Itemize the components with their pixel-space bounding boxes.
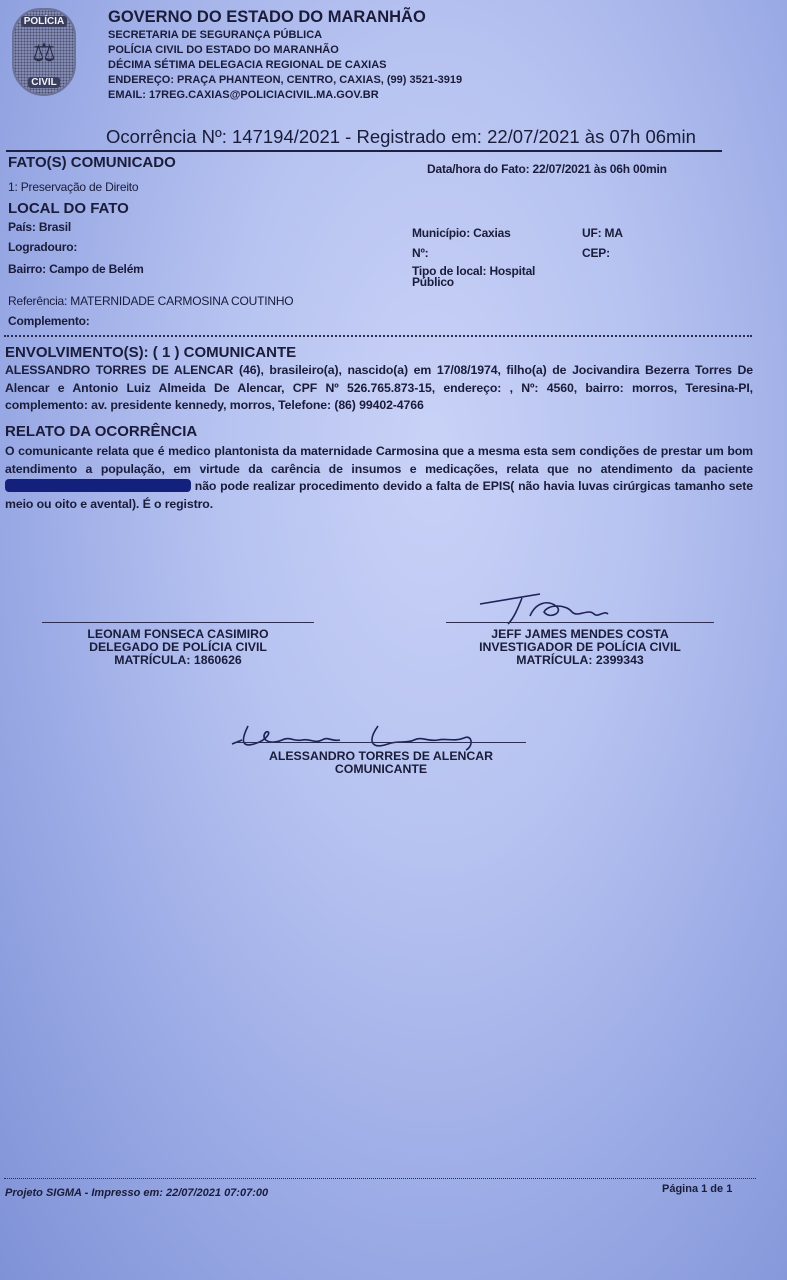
header-divider <box>6 150 722 152</box>
location-complement: Complemento: <box>8 314 90 328</box>
delegacy-line: DÉCIMA SÉTIMA DELEGACIA REGIONAL DE CAXI… <box>108 58 462 73</box>
secretariat-line: SECRETARIA DE SEGURANÇA PÚBLICA <box>108 28 462 43</box>
government-title: GOVERNO DO ESTADO DO MARANHÃO <box>108 6 462 28</box>
place-type-line-2: Público <box>412 277 535 288</box>
address-line: ENDEREÇO: PRAÇA PHANTEON, CENTRO, CAXIAS… <box>108 73 462 88</box>
involvement-text: ALESSANDRO TORRES DE ALENCAR (46), brasi… <box>5 362 753 415</box>
redacted-patient-info <box>5 479 191 492</box>
report-title: RELATO DA OCORRÊNCIA <box>5 423 197 440</box>
signature-line-left <box>42 622 314 623</box>
location-state: UF: MA <box>582 226 623 240</box>
location-city: Município: Caxias <box>412 226 511 240</box>
handwritten-signature-right <box>470 590 620 630</box>
signature-block-left: LEONAM FONSECA CASIMIRO DELEGADO DE POLÍ… <box>42 628 314 667</box>
badge-bottom-text: CIVIL <box>28 77 60 88</box>
page-number: Página 1 de 1 <box>662 1183 732 1195</box>
occurrence-number: Ocorrência Nº: 147194/2021 - Registrado … <box>106 126 696 148</box>
location-street: Logradouro: <box>8 240 77 254</box>
location-title: LOCAL DO FATO <box>8 200 129 217</box>
signer-center-role: COMUNICANTE <box>236 763 526 776</box>
location-number: Nº: <box>412 246 428 260</box>
signature-block-center: ALESSANDRO TORRES DE ALENCAR COMUNICANTE <box>236 750 526 776</box>
police-line: POLÍCIA CIVIL DO ESTADO DO MARANHÃO <box>108 43 462 58</box>
signature-line-right <box>446 622 714 623</box>
location-zip: CEP: <box>582 246 610 260</box>
location-country: País: Brasil <box>8 220 71 234</box>
location-district: Bairro: Campo de Belém <box>8 262 144 276</box>
facts-title: FATO(S) COMUNICADO <box>8 154 176 171</box>
footer-divider <box>4 1178 756 1180</box>
scales-of-justice-icon: ⚖ <box>32 39 55 65</box>
police-report-document: POLÍCIA ⚖ CIVIL GOVERNO DO ESTADO DO MAR… <box>0 0 787 1280</box>
fact-datetime: Data/hora do Fato: 22/07/2021 às 06h 00m… <box>427 162 667 176</box>
involvement-title: ENVOLVIMENTO(S): ( 1 ) COMUNICANTE <box>5 344 296 361</box>
document-header: GOVERNO DO ESTADO DO MARANHÃO SECRETARIA… <box>108 6 462 102</box>
police-badge-logo: POLÍCIA ⚖ CIVIL <box>12 8 76 96</box>
report-text-start: O comunicante relata que é medico planto… <box>5 444 753 476</box>
signer-left-id: MATRÍCULA: 1860626 <box>42 654 314 667</box>
fact-item: 1: Preservação de Direito <box>8 180 138 194</box>
print-info: Projeto SIGMA - Impresso em: 22/07/2021 … <box>5 1187 268 1199</box>
report-text: O comunicante relata que é medico planto… <box>5 443 753 513</box>
signature-line-center <box>236 742 526 743</box>
signer-right-id: MATRÍCULA: 2399343 <box>446 654 714 667</box>
location-place-type: Tipo de local: Hospital Público <box>412 266 535 288</box>
badge-top-text: POLÍCIA <box>21 16 68 27</box>
signature-block-right: JEFF JAMES MENDES COSTA INVESTIGADOR DE … <box>446 628 714 667</box>
location-reference: Referência: MATERNIDADE CARMOSINA COUTIN… <box>8 294 293 308</box>
location-divider <box>4 335 752 338</box>
email-line: EMAIL: 17REG.CAXIAS@POLICIACIVIL.MA.GOV.… <box>108 88 462 103</box>
